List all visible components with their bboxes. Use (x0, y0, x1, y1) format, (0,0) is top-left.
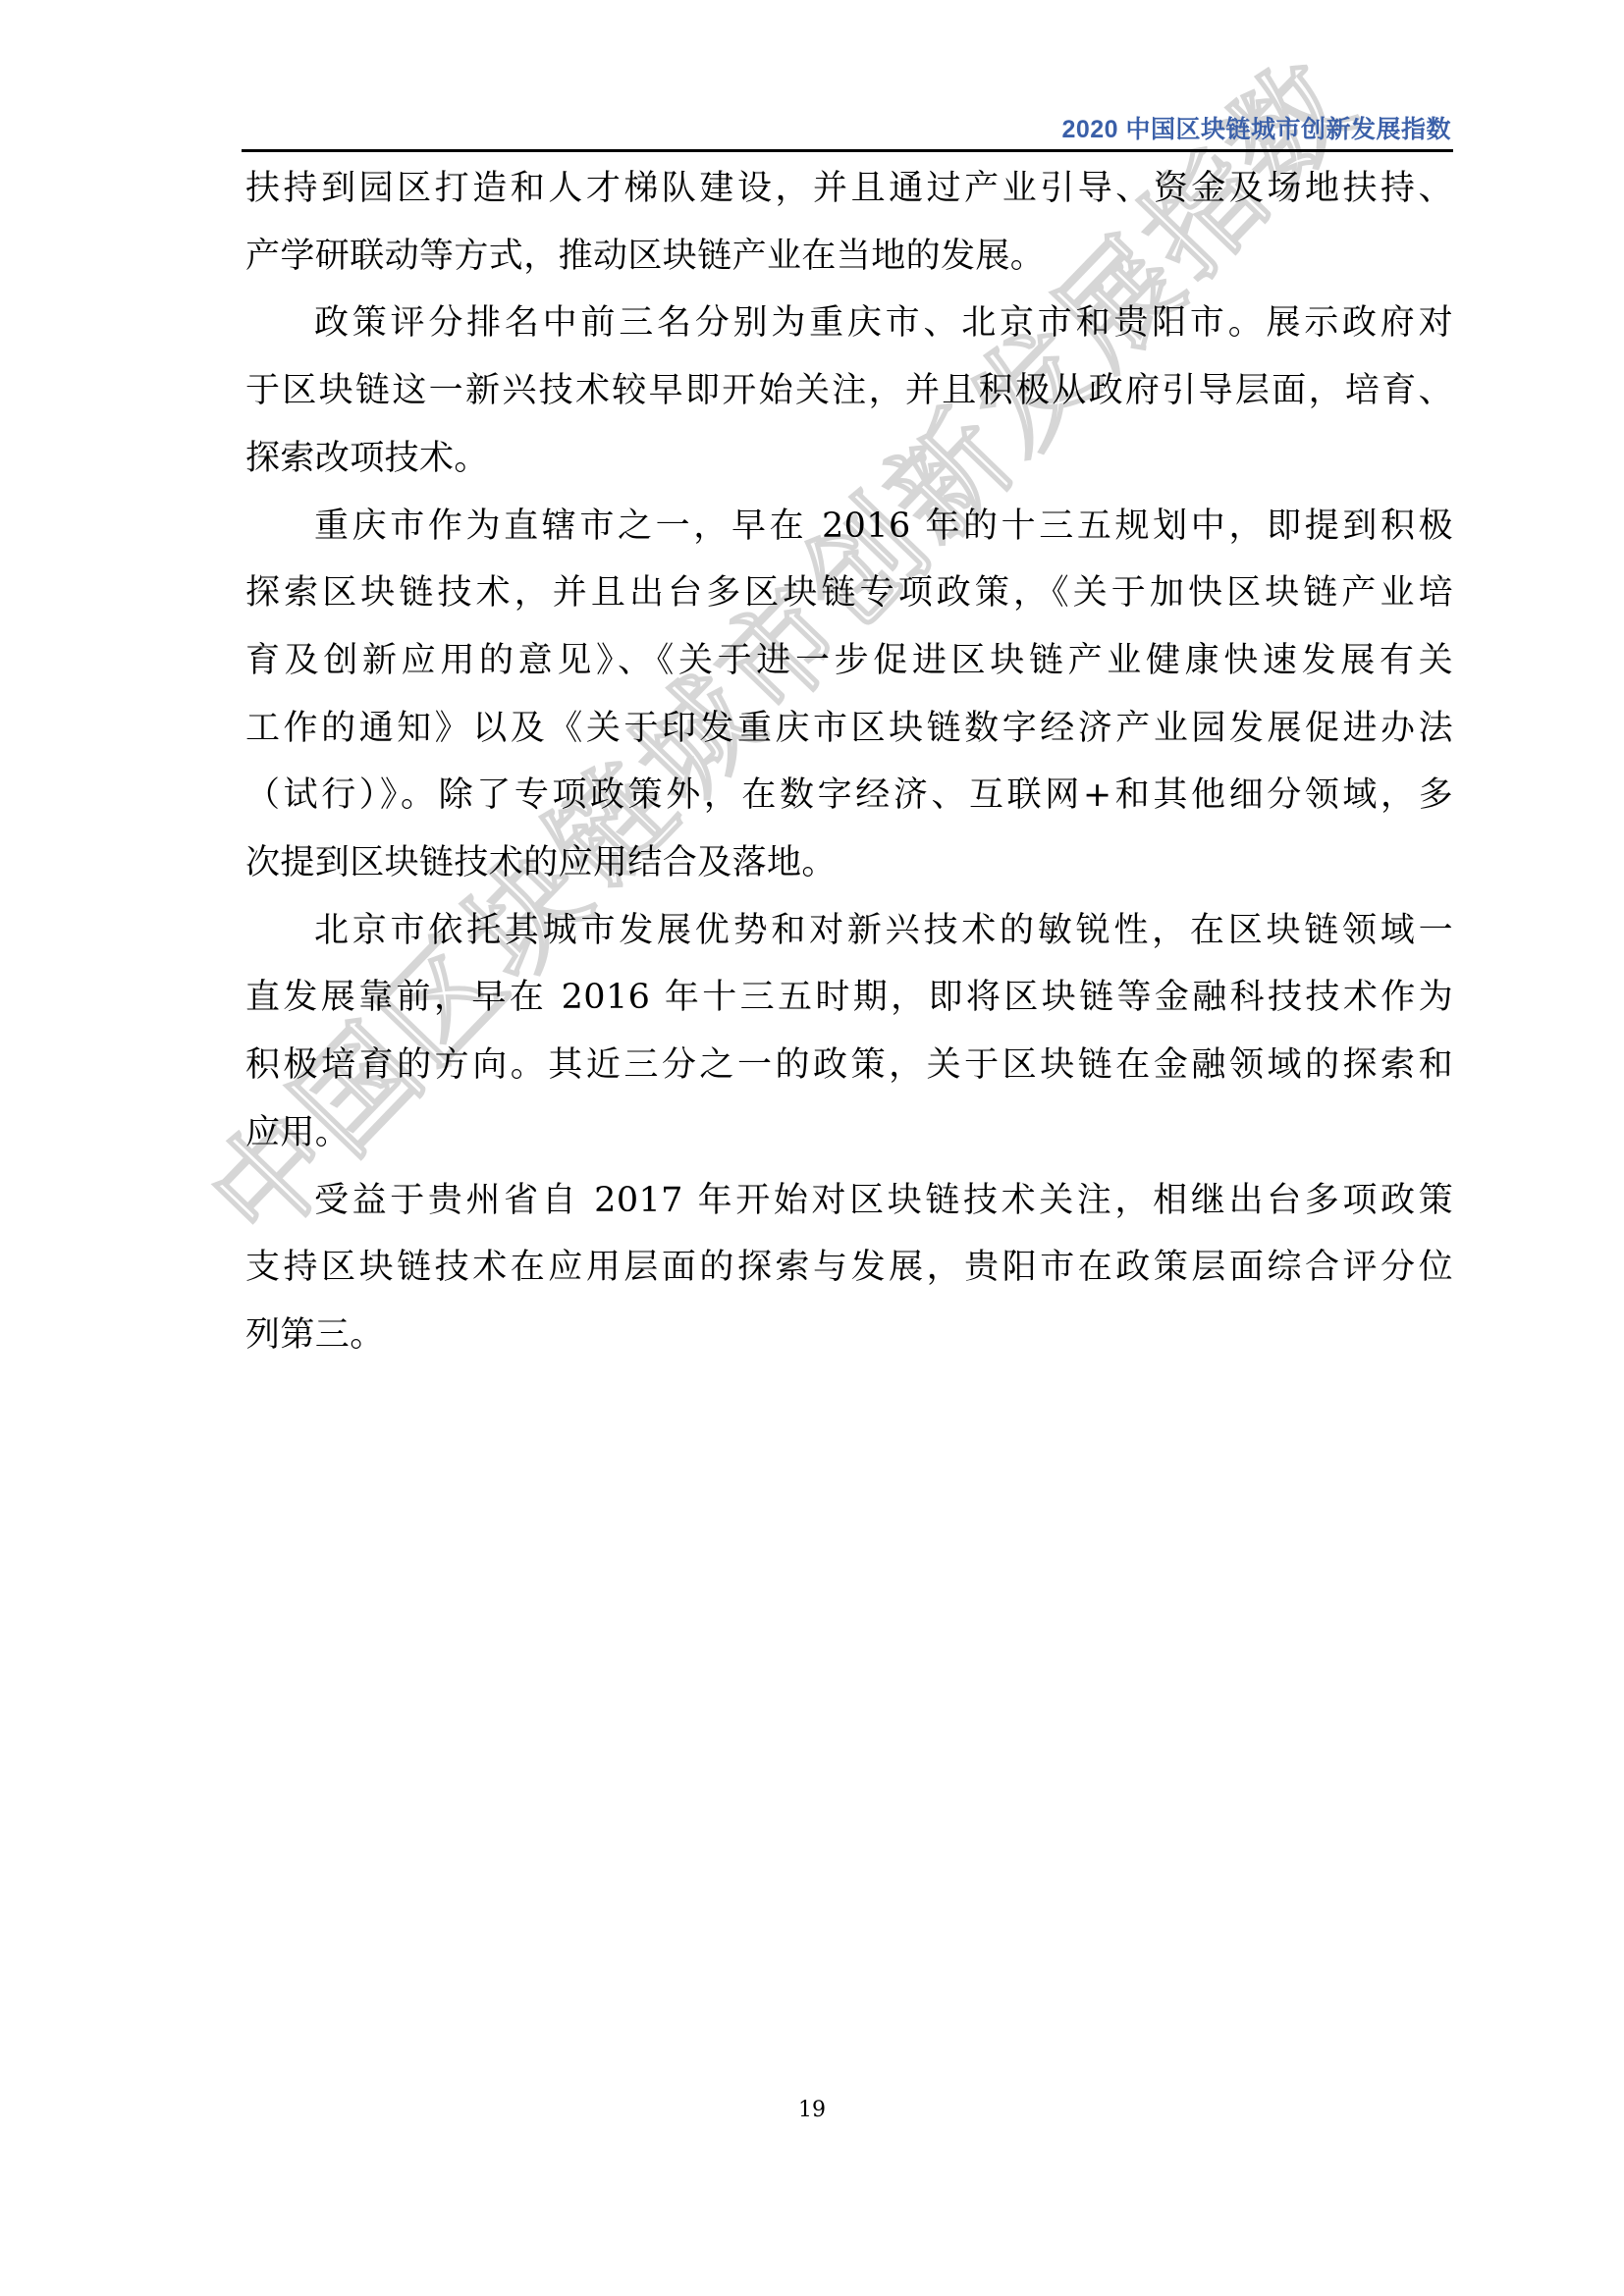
text-line: 扶持到园区打造和人才梯队建设，并且通过产业引导、资金及场地扶持、 (245, 155, 1453, 223)
document-body: 扶持到园区打造和人才梯队建设，并且通过产业引导、资金及场地扶持、 产学研联动等方… (245, 155, 1453, 1369)
page-number: 19 (0, 2098, 1624, 2122)
text-line: 育及创新应用的意见》、《关于进一步促进区块链产业健康快速发展有关 (245, 627, 1453, 695)
text-line: 直发展靠前，早在 2016 年十三五时期，即将区块链等金融科技技术作为 (245, 964, 1453, 1032)
text-line: 探索区块链技术，并且出台多区块链专项政策，《关于加快区块链产业培 (245, 560, 1453, 627)
paragraph-chongqing: 重庆市作为直辖市之一，早在 2016 年的十三五规划中，即提到积极 探索区块链技… (245, 493, 1453, 897)
text-line: 北京市依托其城市发展优势和对新兴技术的敏锐性，在区块链领域一 (245, 897, 1453, 965)
text-line: 政策评分排名中前三名分别为重庆市、北京市和贵阳市。展示政府对 (245, 290, 1453, 357)
text-line: 探索改项技术。 (245, 425, 1453, 493)
text-line: 次提到区块链技术的应用结合及落地。 (245, 829, 1453, 897)
paragraph-policy-ranking: 政策评分排名中前三名分别为重庆市、北京市和贵阳市。展示政府对 于区块链这一新兴技… (245, 290, 1453, 492)
text-line: 受益于贵州省自 2017 年开始对区块链技术关注，相继出台多项政策 (245, 1167, 1453, 1235)
text-line: 产学研联动等方式，推动区块链产业在当地的发展。 (245, 223, 1453, 291)
text-line: 列第三。 (245, 1302, 1453, 1369)
text-line: （试行）》。除了专项政策外，在数字经济、互联网+和其他细分领域，多 (245, 762, 1453, 829)
text-line: 重庆市作为直辖市之一，早在 2016 年的十三五规划中，即提到积极 (245, 493, 1453, 561)
text-line: 于区块链这一新兴技术较早即开始关注，并且积极从政府引导层面，培育、 (245, 357, 1453, 425)
header-divider (242, 149, 1453, 152)
text-line: 工作的通知》以及《关于印发重庆市区块链数字经济产业园发展促进办法 (245, 695, 1453, 763)
paragraph-support-measures: 扶持到园区打造和人才梯队建设，并且通过产业引导、资金及场地扶持、 产学研联动等方… (245, 155, 1453, 290)
paragraph-beijing: 北京市依托其城市发展优势和对新兴技术的敏锐性，在区块链领域一 直发展靠前，早在 … (245, 897, 1453, 1167)
text-line: 应用。 (245, 1099, 1453, 1167)
text-line: 支持区块链技术在应用层面的探索与发展，贵阳市在政策层面综合评分位 (245, 1234, 1453, 1302)
text-line: 积极培育的方向。其近三分之一的政策，关于区块链在金融领域的探索和 (245, 1032, 1453, 1099)
running-header-title: 2020 中国区块链城市创新发展指数 (1061, 110, 1451, 145)
paragraph-guiyang: 受益于贵州省自 2017 年开始对区块链技术关注，相继出台多项政策 支持区块链技… (245, 1167, 1453, 1369)
